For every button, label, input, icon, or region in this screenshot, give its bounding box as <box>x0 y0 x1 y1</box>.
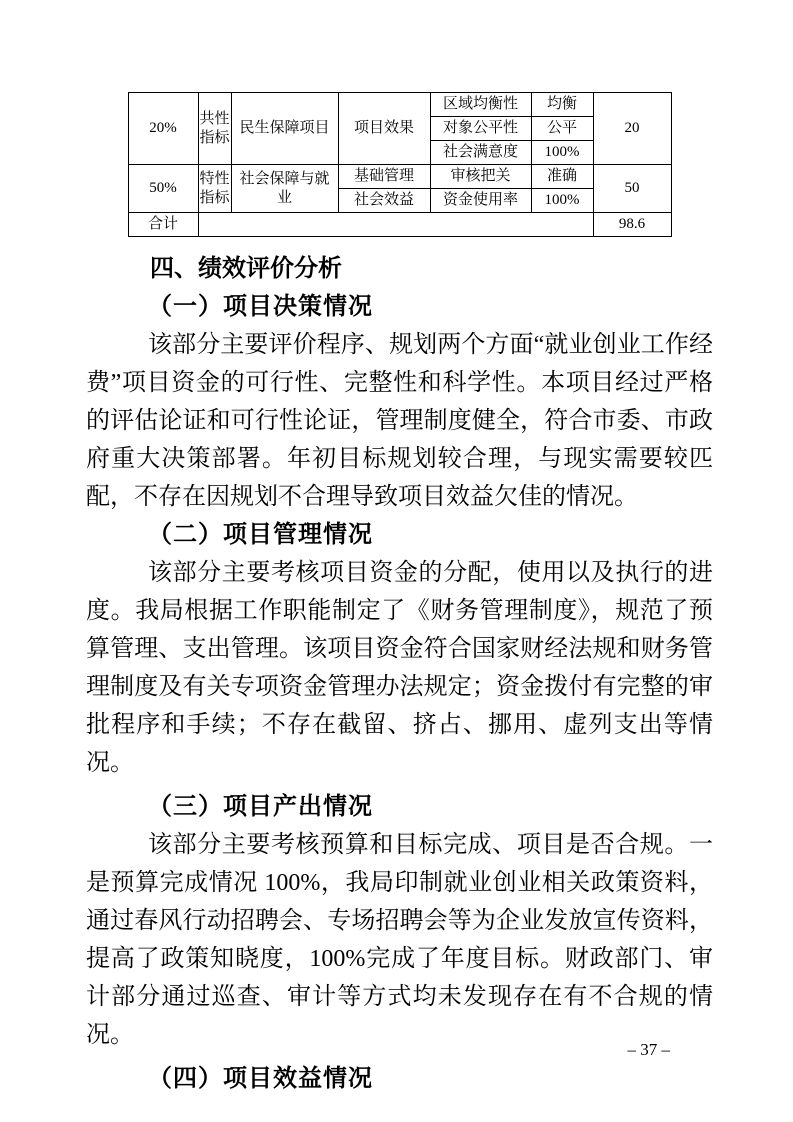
table-row: 50% 特性指标 社会保障与就业 基础管理 审核把关 准确 50 <box>128 165 671 189</box>
document-page: 20% 共性指标 民生保障项目 项目效果 区域均衡性 均衡 20 对象公平性 公… <box>0 0 793 1122</box>
cell-project-group2: 社会保障与就业 <box>231 165 338 213</box>
cell-category: 社会效益 <box>338 189 430 213</box>
cell-value: 均衡 <box>531 93 593 117</box>
cell-indicator: 对象公平性 <box>430 117 531 141</box>
document-content: 20% 共性指标 民生保障项目 项目效果 区域均衡性 均衡 20 对象公平性 公… <box>0 92 793 1098</box>
cell-weight-group1: 20% <box>128 93 198 165</box>
score-table: 20% 共性指标 民生保障项目 项目效果 区域均衡性 均衡 20 对象公平性 公… <box>128 92 672 237</box>
subheading-project-decision: （一）项目决策情况 <box>86 288 713 326</box>
cell-value: 公平 <box>531 117 593 141</box>
table-row: 20% 共性指标 民生保障项目 项目效果 区域均衡性 均衡 20 <box>128 93 671 117</box>
cell-total-label: 合计 <box>128 213 198 237</box>
cell-total-score: 98.6 <box>593 213 671 237</box>
table-row-total: 合计 98.6 <box>128 213 671 237</box>
section-heading-analysis: 四、绩效评价分析 <box>86 250 713 288</box>
cell-total-empty <box>198 213 593 237</box>
subheading-project-output: （三）项目产出情况 <box>86 788 713 826</box>
cell-type-group2: 特性指标 <box>198 165 231 213</box>
subheading-project-management: （二）项目管理情况 <box>86 516 713 554</box>
paragraph-project-management: 该部分主要考核项目资金的分配，使用以及执行的进度。我局根据工作职能制定了《财务管… <box>86 554 713 782</box>
paragraph-project-decision: 该部分主要评价程序、规划两个方面“就业创业工作经费”项目资金的可行性、完整性和科… <box>86 326 713 516</box>
cell-indicator: 社会满意度 <box>430 141 531 165</box>
cell-type-group1: 共性指标 <box>198 93 231 165</box>
cell-value: 准确 <box>531 165 593 189</box>
cell-score-group2: 50 <box>593 165 671 213</box>
cell-indicator: 区域均衡性 <box>430 93 531 117</box>
cell-project-group1: 民生保障项目 <box>231 93 338 165</box>
cell-category-group1: 项目效果 <box>338 93 430 165</box>
cell-value: 100% <box>531 141 593 165</box>
page-number: – 37 – <box>628 1040 671 1060</box>
cell-value: 100% <box>531 189 593 213</box>
cell-score-group1: 20 <box>593 93 671 165</box>
cell-weight-group2: 50% <box>128 165 198 213</box>
cell-category: 基础管理 <box>338 165 430 189</box>
subheading-project-benefit: （四）项目效益情况 <box>86 1060 713 1098</box>
cell-indicator: 审核把关 <box>430 165 531 189</box>
cell-indicator: 资金使用率 <box>430 189 531 213</box>
paragraph-project-output: 该部分主要考核预算和目标完成、项目是否合规。一是预算完成情况 100%，我局印制… <box>86 826 713 1054</box>
